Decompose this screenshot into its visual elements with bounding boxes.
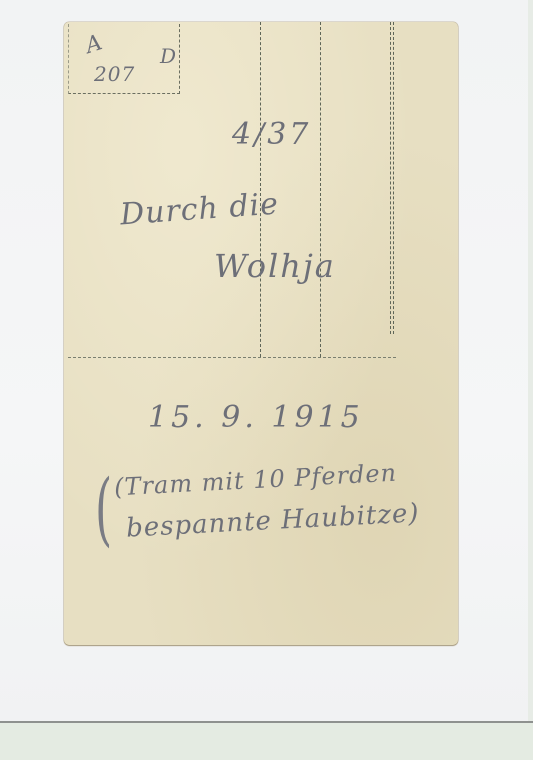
- printed-horizontal-line: [68, 357, 396, 358]
- open-parenthesis: (: [95, 462, 112, 555]
- scanner-right-strip: [528, 0, 533, 722]
- scanner-bottom-strip: [0, 723, 533, 760]
- note-line-1: (Tram mit 10 Pferden: [113, 459, 397, 502]
- printed-double-line-right: [393, 22, 394, 334]
- archive-number: 207: [94, 62, 135, 86]
- reference-number: 4/37: [232, 117, 311, 152]
- place-line-2: Wolhja: [214, 247, 336, 285]
- place-line-1: Durch die: [119, 186, 280, 232]
- printed-double-line-left: [390, 22, 391, 334]
- corner-letter: D: [160, 44, 177, 68]
- date-text: 15. 9. 1915: [148, 400, 364, 435]
- note-line-2: bespannte Haubitze): [125, 498, 420, 543]
- printed-address-line: [320, 22, 321, 357]
- postcard-back: A 207 D 4/37 Durch die Wolhja 15. 9. 191…: [64, 22, 458, 645]
